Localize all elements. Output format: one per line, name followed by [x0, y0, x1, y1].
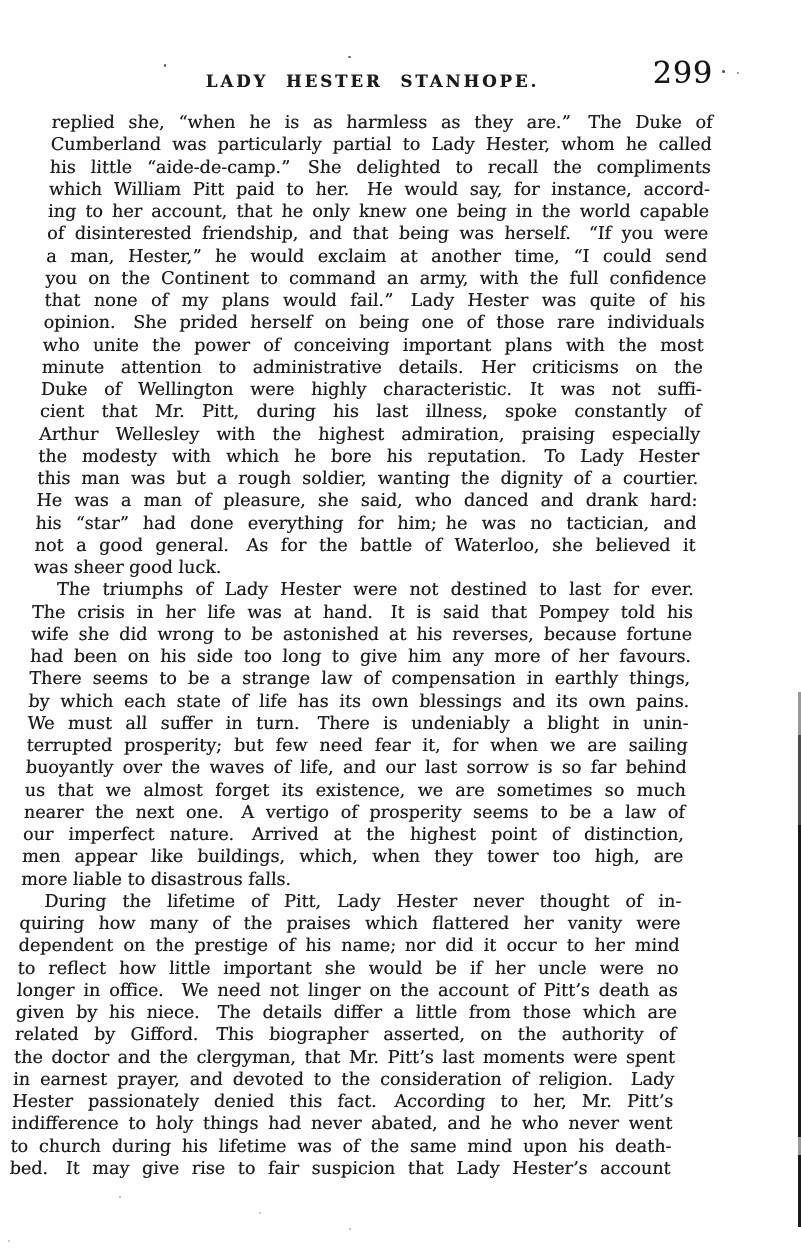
text-line: He was a man of pleasure, she said, who … [36, 490, 698, 512]
text-line: not a good general. As for the battle of… [34, 535, 696, 557]
text-line: a man, Hester,” he would exclaim at anot… [46, 246, 708, 268]
text-line: The triumphs of Lady Hester were not des… [32, 579, 694, 601]
text-line: minute attention to administrative detai… [41, 357, 703, 379]
text-line: ing to her account, that he only knew on… [48, 201, 710, 223]
text-line: cient that Mr. Pitt, during his last ill… [39, 401, 701, 423]
running-head-title: LADY HESTER STANHOPE. [206, 72, 540, 91]
text-line: his “star” had done everything for him; … [35, 513, 697, 535]
text-line: men appear like buildings, which, when t… [22, 846, 684, 868]
text-line: opinion. She prided herself on being one… [43, 312, 705, 334]
text-line: We must all suffer in turn. There is und… [27, 713, 689, 735]
text-line: his little “aide-de-camp.” She delighted… [49, 157, 711, 179]
text-line: in earnest prayer, and devoted to the co… [13, 1069, 675, 1091]
text-line: which William Pitt paid to her. He would… [48, 179, 710, 201]
text-line: During the lifetime of Pitt, Lady Hester… [20, 891, 682, 913]
text-line: dependent on the prestige of his name; n… [18, 935, 680, 957]
scan-speck [8, 1240, 10, 1242]
text-line: the doctor and the clergyman, that Mr. P… [14, 1047, 676, 1069]
scan-speck [349, 1228, 351, 1230]
text-line: indifference to holy things had never ab… [11, 1113, 673, 1135]
scan-speck [737, 72, 739, 74]
text-line: There seems to be a strange law of compe… [29, 668, 691, 690]
body-text: replied she, “when he is as harmless as … [9, 112, 713, 1180]
text-line: terrupted prosperity; but few need fear … [26, 735, 688, 757]
text-line: our imperfect nature. Arrived at the hig… [23, 824, 685, 846]
text-line: longer in office. We need not linger on … [16, 980, 678, 1002]
text-line: Cumberland was particularly partial to L… [50, 134, 712, 156]
text-line: by which each state of life has its own … [28, 691, 690, 713]
text-line: quiring how many of the praises which fl… [19, 913, 681, 935]
text-line: The crisis in her life was at hand. It i… [31, 602, 693, 624]
text-line: was sheer good luck. [33, 557, 695, 579]
scan-speck [259, 1212, 261, 1214]
text-line: related by Gifford. This biographer asse… [14, 1024, 676, 1046]
text-line: of disinterested friendship, and that be… [47, 223, 709, 245]
scan-speck [722, 70, 725, 73]
page-header: LADY HESTER STANHOPE. 299 [52, 56, 713, 102]
text-line: buoyantly over the waves of life, and ou… [25, 757, 687, 779]
text-line: more liable to disastrous falls. [21, 869, 683, 891]
text-line: who unite the power of conceiving import… [42, 335, 704, 357]
text-line: this man was but a rough soldier, wantin… [37, 468, 699, 490]
text-line: given by his niece. The details differ a… [15, 1002, 677, 1024]
scan-speck [164, 64, 166, 67]
text-line: replied she, “when he is as harmless as … [51, 112, 713, 134]
scanned-book-page: LADY HESTER STANHOPE. 299 replied she, “… [0, 0, 801, 1253]
scan-speck [348, 56, 351, 58]
text-line: to reflect how little important she woul… [17, 958, 679, 980]
text-line: nearer the next one. A vertigo of prospe… [23, 802, 685, 824]
text-line: you on the Continent to command an army,… [45, 268, 707, 290]
text-line: Arthur Wellesley with the highest admira… [39, 424, 701, 446]
text-line: bed. It may give rise to fair suspicion … [9, 1158, 671, 1180]
text-line: us that we almost forget its existence, … [24, 780, 686, 802]
text-line: that none of my plans would fail.” Lady … [44, 290, 706, 312]
text-line: to church during his lifetime was of the… [10, 1136, 672, 1158]
text-line: wife she did wrong to be astonished at h… [31, 624, 693, 646]
text-line: had been on his side too long to give hi… [30, 646, 692, 668]
scan-speck [119, 1196, 121, 1198]
text-line: Duke of Wellington were highly character… [40, 379, 702, 401]
text-line: Hester passionately denied this fact. Ac… [12, 1091, 674, 1113]
page-number: 299 [653, 56, 713, 91]
text-line: the modesty with which he bore his reput… [38, 446, 700, 468]
